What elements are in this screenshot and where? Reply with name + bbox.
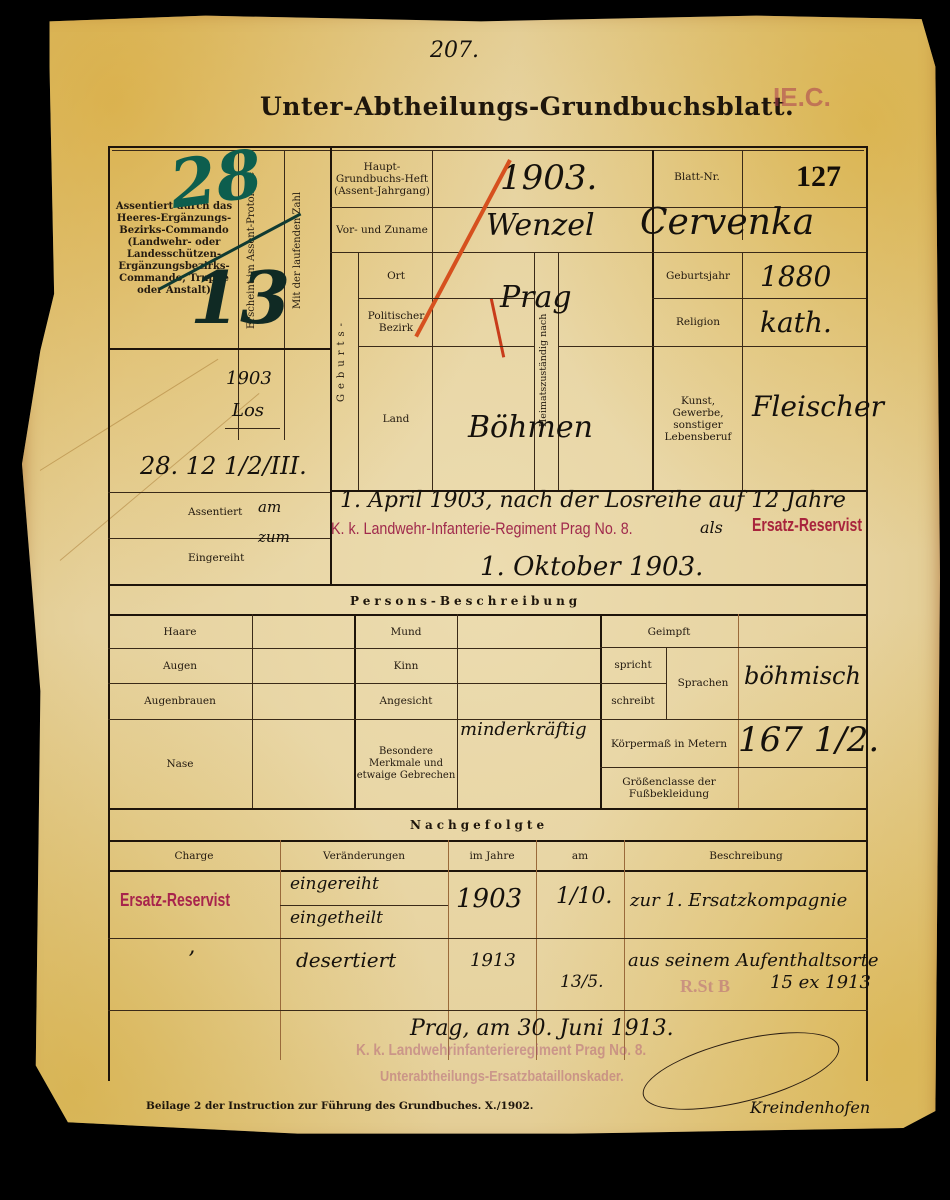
col-header-am: am: [538, 843, 622, 869]
haare-label: Haare: [110, 618, 250, 646]
augenbrauen-label: Augenbrauen: [110, 686, 250, 716]
col-header-jahr: im Jahre: [450, 843, 534, 869]
charge-stamp: Ersatz-Reservist: [120, 890, 230, 911]
rstb-suffix: 15 ex 1913: [770, 972, 871, 993]
assentiert-row-label: Assentiert: [188, 506, 242, 518]
assentiert-row-value: am: [258, 498, 281, 516]
col-header-beschreibung: Beschreibung: [626, 843, 866, 869]
geimpft-label: Geimpft: [602, 618, 736, 646]
blatt-nr-value: 127: [796, 160, 841, 194]
personsbeschreibung-title: Persons-Beschreibung: [350, 594, 581, 608]
beruf-label: Kunst, Gewerbe, sonstiger Lebensberuf: [655, 350, 741, 488]
blatt-nr-label: Blatt-Nr.: [655, 162, 739, 192]
nachgefolgte-title: Nachgefolgte: [410, 818, 548, 832]
ort-value: Prag: [500, 280, 572, 315]
row-jahr: 1903: [456, 884, 522, 914]
footer-stamp-line-1: K. k. Landwehrinfanterieregiment Prag No…: [356, 1042, 646, 1060]
signature: Kreindenhofen: [750, 1098, 870, 1117]
corner-stamp: IE.C.: [773, 82, 831, 113]
regiment-stamp: K. k. Landwehr-Infanterie-Regiment Prag …: [331, 519, 633, 539]
assent-line-3: 1. Oktober 1903.: [480, 552, 703, 582]
geburtsjahr-label: Geburtsjahr: [655, 256, 741, 296]
first-name: Wenzel: [486, 208, 595, 243]
row-beschreibung: aus seinem Aufenthaltsorte: [628, 950, 879, 971]
besondere-merkmale-value: minderkräftig: [460, 718, 600, 742]
beruf-value: Fleischer: [752, 390, 884, 423]
charge-ditto: ’: [188, 948, 195, 973]
kinn-label: Kinn: [356, 651, 456, 681]
religion-label: Religion: [655, 300, 741, 344]
col-header-veraenderungen: Veränderungen: [282, 843, 446, 869]
besondere-merkmale-label: Besondere Merkmale und etwaige Gebrechen: [356, 722, 456, 806]
row-beschreibung: zur 1. Ersatzkompagnie: [630, 890, 847, 911]
land-value: Böhmen: [468, 410, 593, 445]
row-jahr: 1913: [470, 950, 516, 971]
koerpermass-label: Körpermaß in Metern: [602, 722, 736, 766]
nase-label: Nase: [110, 722, 250, 806]
assent-line-1: 1. April 1903, nach der Losreihe auf 12 …: [340, 488, 846, 513]
bezirk-label: Politischer Bezirk: [360, 300, 432, 344]
rstb-stamp: R.St B: [680, 976, 730, 997]
row-am: 13/5.: [560, 972, 604, 992]
los-label: Los: [232, 400, 264, 421]
hauptgrundbuch-label: Haupt-Grundbuchs-Heft (Assent-Jahrgang): [334, 152, 430, 206]
place-date: Prag, am 30. Juni 1913.: [410, 1016, 674, 1041]
veraenderungen-a: desertiert: [296, 948, 396, 972]
schreibt-label: schreibt: [602, 686, 664, 716]
eingereiht-row-label: Eingereiht: [188, 552, 244, 564]
page-number: 207.: [430, 38, 479, 63]
ort-label: Ort: [360, 256, 432, 296]
sprachen-label: Sprachen: [668, 650, 738, 716]
rank-stamp: Ersatz-Reservist: [752, 515, 862, 536]
religion-value: kath.: [760, 306, 832, 339]
footer-stamp-line-2: Unterabtheilungs-Ersatzbataillonskader.: [380, 1068, 624, 1085]
veraenderungen-a: eingereiht: [290, 874, 379, 894]
koerpermass-value: 167 1/2.: [738, 720, 879, 760]
last-name: Cervenka: [640, 202, 814, 243]
land-label: Land: [360, 350, 432, 488]
laufende-zahl-label: Mit der laufenden Zahl: [292, 160, 310, 340]
geburts-label: Geburts-: [336, 300, 354, 420]
page-title: Unter-Abtheilungs-Grundbuchsblatt.: [260, 92, 794, 121]
eingereiht-row-value: zum: [258, 528, 290, 546]
angesicht-label: Angesicht: [356, 686, 456, 716]
geburtsjahr-value: 1880: [760, 260, 831, 293]
instruction-note: Beilage 2 der Instruction zur Führung de…: [146, 1100, 533, 1112]
mund-label: Mund: [356, 618, 456, 646]
green-number-bottom: 13: [190, 255, 290, 340]
augen-label: Augen: [110, 651, 250, 681]
col-header-charge: Charge: [110, 843, 278, 869]
green-number-top: 28: [165, 134, 267, 224]
veraenderungen-b: eingetheilt: [290, 908, 383, 928]
assent-line-2-suffix: als: [700, 518, 723, 537]
laufende-value: 28. 12 1/2/III.: [140, 452, 307, 480]
groessenclasse-label: Größenclasse der Fußbekleidung: [602, 770, 736, 806]
hauptgrundbuch-value: 1903.: [500, 158, 597, 198]
spricht-label: spricht: [602, 650, 664, 680]
name-label: Vor- und Zuname: [334, 210, 430, 250]
assent-year: 1903: [226, 368, 272, 389]
row-am: 1/10.: [556, 884, 612, 909]
sprachen-value: böhmisch: [744, 662, 861, 690]
